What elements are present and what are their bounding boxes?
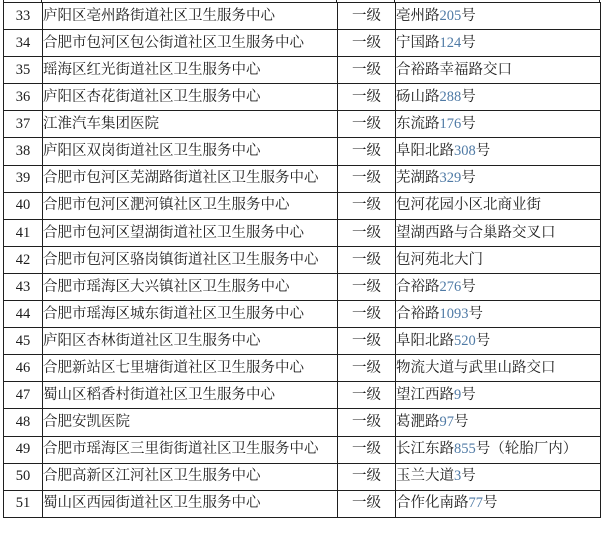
hospital-level-cell: 一级: [338, 219, 396, 246]
hospital-name-cell: 合肥市瑶海区城东街道社区卫生服务中心: [43, 301, 338, 328]
hospital-address-cell: 亳州路205号: [396, 3, 601, 30]
hospital-level-cell: 一级: [338, 165, 396, 192]
address-number: 97: [440, 414, 455, 430]
row-number-cell: 35: [4, 57, 43, 84]
table-row: 35 瑶海区红光街道社区卫生服务中心 一级 合裕路幸福路交口: [4, 57, 601, 84]
hospital-level-cell: 一级: [338, 138, 396, 165]
hospital-address-cell: 合裕路276号: [396, 273, 601, 300]
row-number-cell: 40: [4, 192, 43, 219]
table-row: 42 合肥市包河区骆岗镇街道社区卫生服务中心 一级 包河苑北大门: [4, 246, 601, 273]
hospital-name-cell: 瑶海区红光街道社区卫生服务中心: [43, 57, 338, 84]
hospital-address-cell: 阜阳北路520号: [396, 328, 601, 355]
address-number: 176: [440, 116, 462, 132]
table-row: 40 合肥市包河区淝河镇社区卫生服务中心 一级 包河花园小区北商业街: [4, 192, 601, 219]
table-row: 43 合肥市瑶海区大兴镇社区卫生服务中心 一级 合裕路276号: [4, 273, 601, 300]
table-row: 41 合肥市包河区望湖街道社区卫生服务中心 一级 望湖西路与合巢路交叉口: [4, 219, 601, 246]
hospital-level-cell: 一级: [338, 409, 396, 436]
address-number: 124: [440, 35, 462, 51]
row-number-cell: 50: [4, 463, 43, 490]
row-number-cell: 43: [4, 273, 43, 300]
hospital-level-cell: 一级: [338, 436, 396, 463]
hospital-address-cell: 物流大道与武里山路交口: [396, 355, 601, 382]
hospital-name-cell: 合肥高新区江河社区卫生服务中心: [43, 463, 338, 490]
hospital-name-cell: 合肥市瑶海区大兴镇社区卫生服务中心: [43, 273, 338, 300]
hospital-level-cell: 一级: [338, 463, 396, 490]
row-number-cell: 45: [4, 328, 43, 355]
hospital-level-cell: 一级: [338, 3, 396, 30]
hospital-level-cell: 一级: [338, 490, 396, 517]
table-row: 49 合肥市瑶海区三里街街道社区卫生服务中心 一级 长江东路855号（轮胎厂内）: [4, 436, 601, 463]
hospital-name-cell: 合肥安凯医院: [43, 409, 338, 436]
hospital-address-cell: 包河苑北大门: [396, 246, 601, 273]
table-row: 47 蜀山区稻香村街道社区卫生服务中心 一级 望江西路9号: [4, 382, 601, 409]
table-row: 46 合肥新站区七里塘街道社区卫生服务中心 一级 物流大道与武里山路交口: [4, 355, 601, 382]
hospital-level-cell: 一级: [338, 192, 396, 219]
hospital-name-cell: 合肥市包河区望湖街道社区卫生服务中心: [43, 219, 338, 246]
hospital-name-cell: 合肥市包河区淝河镇社区卫生服务中心: [43, 192, 338, 219]
hospital-address-cell: 包河花园小区北商业街: [396, 192, 601, 219]
row-number-cell: 48: [4, 409, 43, 436]
hospital-name-cell: 庐阳区杏林街道社区卫生服务中心: [43, 328, 338, 355]
row-number-cell: 33: [4, 3, 43, 30]
hospital-address-cell: 长江东路855号（轮胎厂内）: [396, 436, 601, 463]
hospital-level-cell: 一级: [338, 57, 396, 84]
hospital-level-cell: 一级: [338, 301, 396, 328]
hospital-table-body: 33 庐阳区亳州路街道社区卫生服务中心 一级 亳州路205号 34 合肥市包河区…: [4, 3, 601, 518]
hospital-address-cell: 玉兰大道3号: [396, 463, 601, 490]
address-number: 9: [454, 387, 461, 403]
table-row: 33 庐阳区亳州路街道社区卫生服务中心 一级 亳州路205号: [4, 3, 601, 30]
hospital-level-cell: 一级: [338, 355, 396, 382]
address-number: 276: [440, 279, 462, 295]
table-row: 51 蜀山区西园街道社区卫生服务中心 一级 合作化南路77号: [4, 490, 601, 517]
hospital-name-cell: 合肥新站区七里塘街道社区卫生服务中心: [43, 355, 338, 382]
row-number-cell: 38: [4, 138, 43, 165]
hospital-level-cell: 一级: [338, 246, 396, 273]
row-number-cell: 39: [4, 165, 43, 192]
hospital-table: 33 庐阳区亳州路街道社区卫生服务中心 一级 亳州路205号 34 合肥市包河区…: [3, 2, 601, 518]
hospital-level-cell: 一级: [338, 273, 396, 300]
address-number: 288: [440, 89, 462, 105]
hospital-level-cell: 一级: [338, 30, 396, 57]
hospital-name-cell: 蜀山区西园街道社区卫生服务中心: [43, 490, 338, 517]
address-number: 520: [454, 333, 476, 349]
hospital-address-cell: 东流路176号: [396, 111, 601, 138]
row-number-cell: 41: [4, 219, 43, 246]
hospital-address-cell: 合裕路1093号: [396, 301, 601, 328]
address-number: 329: [440, 170, 462, 186]
address-number: 3: [454, 468, 461, 484]
table-row: 50 合肥高新区江河社区卫生服务中心 一级 玉兰大道3号: [4, 463, 601, 490]
hospital-level-cell: 一级: [338, 382, 396, 409]
table-row: 34 合肥市包河区包公街道社区卫生服务中心 一级 宁国路124号: [4, 30, 601, 57]
hospital-level-cell: 一级: [338, 84, 396, 111]
row-number-cell: 37: [4, 111, 43, 138]
hospital-name-cell: 江淮汽车集团医院: [43, 111, 338, 138]
hospital-name-cell: 合肥市包河区芜湖路街道社区卫生服务中心: [43, 165, 338, 192]
table-row: 37 江淮汽车集团医院 一级 东流路176号: [4, 111, 601, 138]
hospital-name-cell: 合肥市瑶海区三里街街道社区卫生服务中心: [43, 436, 338, 463]
hospital-name-cell: 蜀山区稻香村街道社区卫生服务中心: [43, 382, 338, 409]
hospital-address-cell: 葛淝路97号: [396, 409, 601, 436]
hospital-name-cell: 庐阳区双岗街道社区卫生服务中心: [43, 138, 338, 165]
hospital-list-page: 33 庐阳区亳州路街道社区卫生服务中心 一级 亳州路205号 34 合肥市包河区…: [0, 0, 603, 536]
row-number-cell: 36: [4, 84, 43, 111]
row-number-cell: 46: [4, 355, 43, 382]
row-number-cell: 42: [4, 246, 43, 273]
hospital-level-cell: 一级: [338, 328, 396, 355]
address-number: 855: [454, 441, 476, 457]
hospital-address-cell: 阜阳北路308号: [396, 138, 601, 165]
hospital-address-cell: 望湖西路与合巢路交叉口: [396, 219, 601, 246]
hospital-address-cell: 芜湖路329号: [396, 165, 601, 192]
hospital-name-cell: 庐阳区杏花街道社区卫生服务中心: [43, 84, 338, 111]
hospital-name-cell: 庐阳区亳州路街道社区卫生服务中心: [43, 3, 338, 30]
row-number-cell: 51: [4, 490, 43, 517]
hospital-address-cell: 合裕路幸福路交口: [396, 57, 601, 84]
address-number: 77: [469, 495, 484, 511]
hospital-name-cell: 合肥市包河区骆岗镇街道社区卫生服务中心: [43, 246, 338, 273]
hospital-address-cell: 砀山路288号: [396, 84, 601, 111]
table-row: 38 庐阳区双岗街道社区卫生服务中心 一级 阜阳北路308号: [4, 138, 601, 165]
address-number: 308: [454, 143, 476, 159]
table-row: 45 庐阳区杏林街道社区卫生服务中心 一级 阜阳北路520号: [4, 328, 601, 355]
hospital-address-cell: 合作化南路77号: [396, 490, 601, 517]
hospital-address-cell: 望江西路9号: [396, 382, 601, 409]
row-number-cell: 47: [4, 382, 43, 409]
hospital-address-cell: 宁国路124号: [396, 30, 601, 57]
hospital-level-cell: 一级: [338, 111, 396, 138]
table-row: 44 合肥市瑶海区城东街道社区卫生服务中心 一级 合裕路1093号: [4, 301, 601, 328]
address-number: 205: [440, 8, 462, 24]
table-row: 48 合肥安凯医院 一级 葛淝路97号: [4, 409, 601, 436]
hospital-name-cell: 合肥市包河区包公街道社区卫生服务中心: [43, 30, 338, 57]
row-number-cell: 44: [4, 301, 43, 328]
table-row: 36 庐阳区杏花街道社区卫生服务中心 一级 砀山路288号: [4, 84, 601, 111]
row-number-cell: 34: [4, 30, 43, 57]
address-number: 1093: [440, 306, 469, 322]
row-number-cell: 49: [4, 436, 43, 463]
table-row: 39 合肥市包河区芜湖路街道社区卫生服务中心 一级 芜湖路329号: [4, 165, 601, 192]
